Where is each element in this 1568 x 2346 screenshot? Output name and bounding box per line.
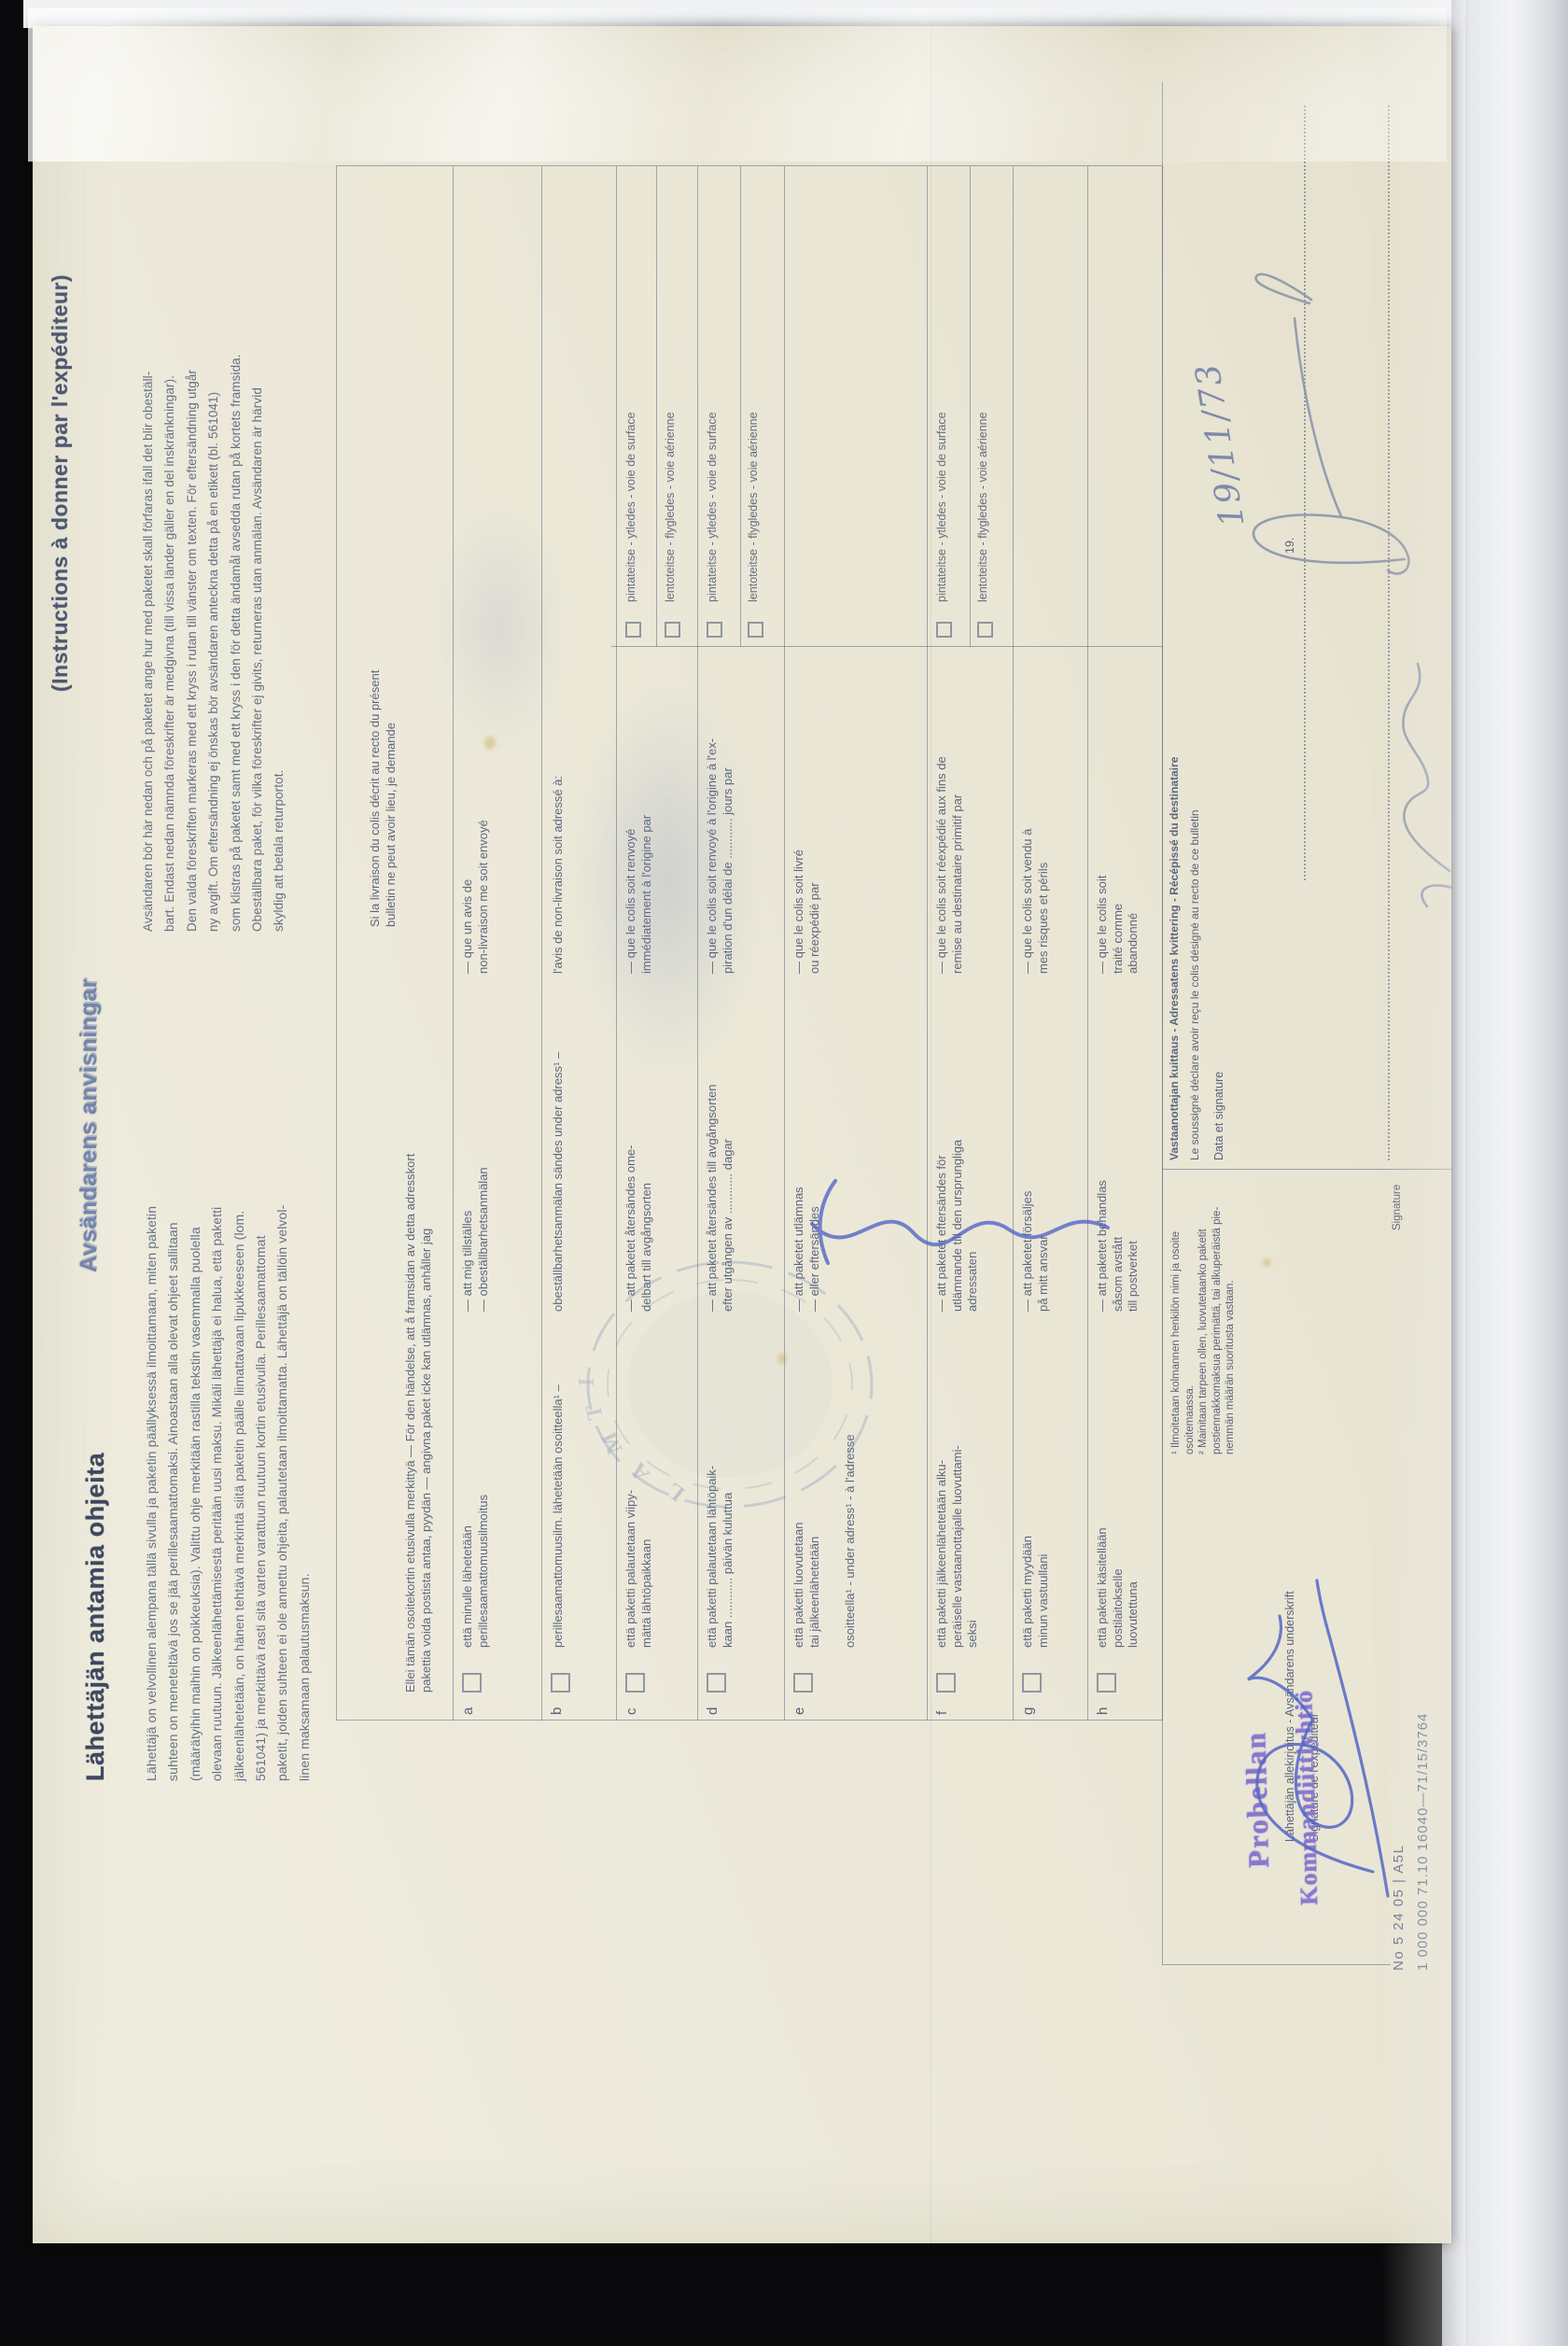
svg-text:I: I — [575, 1378, 599, 1386]
postmark-circle: L A M T I — [575, 1262, 872, 1507]
overlay-marks: L A M T I — [33, 26, 1451, 2243]
plastic-sleeve-top — [23, 0, 1451, 28]
pen-scribble — [812, 1181, 1108, 1263]
sender-signature — [1248, 1580, 1388, 1896]
recipient-signature — [1253, 274, 1451, 906]
svg-text:T: T — [581, 1402, 609, 1422]
svg-text:M: M — [597, 1428, 628, 1457]
plastic-sleeve-right — [1442, 0, 1568, 2346]
parcel-card-back: Lähettäjän antamia ohjeita Avsändarens a… — [33, 26, 1451, 2243]
scanned-photo: Lähettäjän antamia ohjeita Avsändarens a… — [0, 0, 1568, 2346]
svg-text:A: A — [625, 1457, 655, 1485]
